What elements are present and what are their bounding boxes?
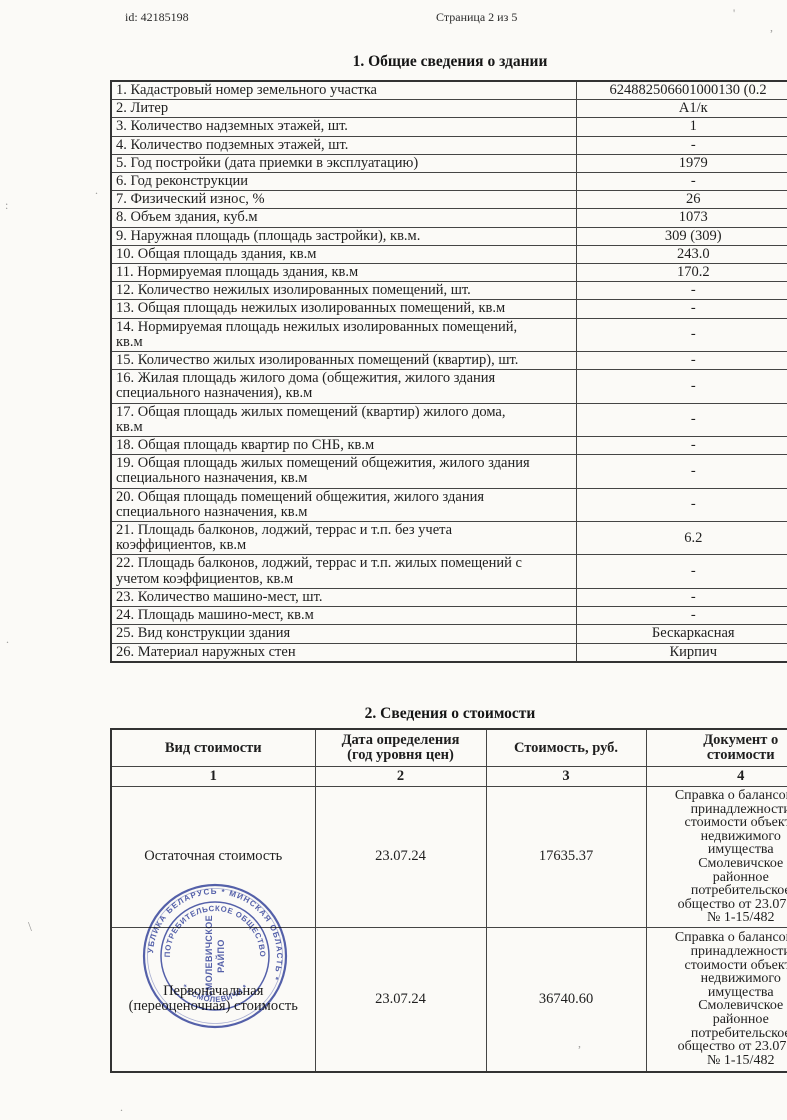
column-number: 3 [486,767,646,787]
col-header-date: Дата определения (год уровня цен) [315,729,486,767]
row-label: 25. Вид конструкции здания [111,625,576,643]
table-row: 14. Нормируемая площадь нежилых изолиров… [111,318,787,351]
table-row: 2. ЛитерА1/к [111,100,787,118]
row-label: 6. Год реконструкции [111,173,576,191]
row-value: - [576,282,787,300]
row-label: 15. Количество жилых изолированных помещ… [111,352,576,370]
table-row: 7. Физический износ, %26 [111,191,787,209]
table-row: 11. Нормируемая площадь здания, кв.м170.… [111,264,787,282]
row-value: - [576,437,787,455]
official-stamp: РЕСПУБЛИКА БЕЛАРУСЬ * МИНСКАЯ ОБЛАСТЬ * … [140,881,290,1031]
row-value: - [576,352,787,370]
row-label: 26. Материал наружных стен [111,643,576,662]
cost-document: Справка о балансовой принадлежности стои… [646,927,787,1072]
row-label: 5. Год постройки (дата приемки в эксплуа… [111,154,576,172]
column-number: 4 [646,767,787,787]
table-row: 24. Площадь машино-мест, кв.м- [111,607,787,625]
row-value: А1/к [576,100,787,118]
scan-speck: . [6,632,9,647]
table-row: 22. Площадь балконов, лоджий, террас и т… [111,555,787,588]
row-value: 243.0 [576,245,787,263]
col-header-document: Документ о стоимости [646,729,787,767]
table-row: 15. Количество жилых изолированных помещ… [111,352,787,370]
row-label: 10. Общая площадь здания, кв.м [111,245,576,263]
table-row: 17. Общая площадь жилых помещений (кварт… [111,403,787,436]
scan-speck: , [578,1036,581,1051]
row-label: 19. Общая площадь жилых помещений общежи… [111,455,576,488]
page-indicator: Страница 2 из 5 [436,10,517,25]
row-label: 9. Наружная площадь (площадь застройки),… [111,227,576,245]
row-label: 4. Количество подземных этажей, шт. [111,136,576,154]
section-title-general: 1. Общие сведения о здании [110,53,787,71]
row-label: 3. Количество надземных этажей, шт. [111,118,576,136]
row-value: 26 [576,191,787,209]
table-row: 9. Наружная площадь (площадь застройки),… [111,227,787,245]
row-value: - [576,607,787,625]
table-row: 23. Количество машино-мест, шт.- [111,588,787,606]
row-label: 12. Количество нежилых изолированных пом… [111,282,576,300]
row-value: Кирпич [576,643,787,662]
row-label: 7. Физический износ, % [111,191,576,209]
scan-speck: \ [28,920,32,936]
col-header-type: Вид стоимости [111,729,315,767]
row-value: 170.2 [576,264,787,282]
row-label: 17. Общая площадь жилых помещений (кварт… [111,403,576,436]
svg-text:* г.СМОЛЕВИЧИ *: * г.СМОЛЕВИЧИ * [180,982,250,1004]
row-value: - [576,455,787,488]
table-row: 20. Общая площадь помещений общежития, ж… [111,488,787,521]
row-label: 20. Общая площадь помещений общежития, ж… [111,488,576,521]
row-value: - [576,370,787,403]
row-label: 13. Общая площадь нежилых изолированных … [111,300,576,318]
column-number: 2 [315,767,486,787]
cost-amount: 36740.60 [486,927,646,1072]
table-row: 4. Количество подземных этажей, шт.- [111,136,787,154]
row-label: 18. Общая площадь квартир по СНБ, кв.м [111,437,576,455]
stamp-middle-circle [161,902,269,1010]
document-id: id: 42185198 [125,10,189,25]
stamp-center-line2: РАЙПО [215,939,226,973]
row-value: - [576,403,787,436]
row-label: 1. Кадастровый номер земельного участка [111,81,576,100]
table-row: 10. Общая площадь здания, кв.м243.0 [111,245,787,263]
row-value: - [576,318,787,351]
cost-date: 23.07.24 [315,787,486,928]
row-label: 8. Объем здания, куб.м [111,209,576,227]
row-value: 309 (309) [576,227,787,245]
table-row: 13. Общая площадь нежилых изолированных … [111,300,787,318]
cost-amount: 17635.37 [486,787,646,928]
row-value: - [576,173,787,191]
column-number-row: 1 2 3 4 [111,767,787,787]
svg-text:ПОТРЕБИТЕЛЬСКОЕ ОБЩЕСТВО: ПОТРЕБИТЕЛЬСКОЕ ОБЩЕСТВО [163,904,267,958]
table-row: 18. Общая площадь квартир по СНБ, кв.м- [111,437,787,455]
row-value: - [576,588,787,606]
row-value: 1073 [576,209,787,227]
row-value: - [576,555,787,588]
table-row: 16. Жилая площадь жилого дома (общежития… [111,370,787,403]
row-value: - [576,300,787,318]
col-header-amount: Стоимость, руб. [486,729,646,767]
stamp-inner-text-bottom: * г.СМОЛЕВИЧИ * [180,982,250,1004]
table-row: 26. Материал наружных стенКирпич [111,643,787,662]
table-header-row: Вид стоимости Дата определения (год уров… [111,729,787,767]
row-label: 21. Площадь балконов, лоджий, террас и т… [111,522,576,555]
table-row: 6. Год реконструкции- [111,173,787,191]
table-row: 1. Кадастровый номер земельного участка6… [111,81,787,100]
row-value: Бескаркасная [576,625,787,643]
stamp-center-line1: СМОЛЕВИЧСКОЕ [204,915,214,997]
row-value: 1 [576,118,787,136]
table-row: 25. Вид конструкции зданияБескаркасная [111,625,787,643]
scan-speck: , [770,20,773,35]
cost-date: 23.07.24 [315,927,486,1072]
scan-speck: ' [733,6,735,21]
table-row: 21. Площадь балконов, лоджий, террас и т… [111,522,787,555]
scan-speck: . [95,183,98,198]
table-row: 12. Количество нежилых изолированных пом… [111,282,787,300]
row-value: - [576,488,787,521]
row-label: 16. Жилая площадь жилого дома (общежития… [111,370,576,403]
column-number: 1 [111,767,315,787]
row-value: 1979 [576,154,787,172]
table-row: 3. Количество надземных этажей, шт.1 [111,118,787,136]
row-label: 14. Нормируемая площадь нежилых изолиров… [111,318,576,351]
general-info-table: 1. Кадастровый номер земельного участка6… [110,80,787,663]
cost-document: Справка о балансовой принадлежности стои… [646,787,787,928]
row-value: - [576,136,787,154]
row-label: 11. Нормируемая площадь здания, кв.м [111,264,576,282]
stamp-inner-text-top: ПОТРЕБИТЕЛЬСКОЕ ОБЩЕСТВО [163,904,267,958]
table-row: 19. Общая площадь жилых помещений общежи… [111,455,787,488]
row-label: 24. Площадь машино-мест, кв.м [111,607,576,625]
scan-speck: : [5,198,8,213]
row-label: 23. Количество машино-мест, шт. [111,588,576,606]
table-row: 5. Год постройки (дата приемки в эксплуа… [111,154,787,172]
scanned-document-page: id: 42185198 Страница 2 из 5 1. Общие св… [0,0,787,1120]
row-value: 624882506601000130 (0.2 [576,81,787,100]
table-row: 8. Объем здания, куб.м1073 [111,209,787,227]
row-label: 22. Площадь балконов, лоджий, террас и т… [111,555,576,588]
row-value: 6.2 [576,522,787,555]
row-label: 2. Литер [111,100,576,118]
scan-speck: . [120,1100,123,1115]
section-title-cost: 2. Сведения о стоимости [110,705,787,723]
